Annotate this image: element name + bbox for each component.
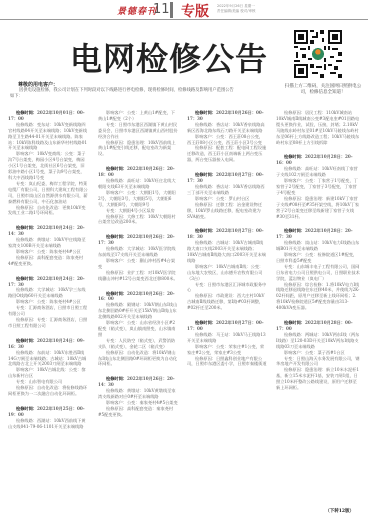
entry-customers-label: 影响客户：: [106, 190, 127, 195]
entry-dedicated-label: 专变：: [195, 282, 208, 287]
maintenance-entry: 检修时间：2022年10月24日：09-16：30检修线路：东前站：10kV东胜…: [8, 338, 88, 397]
page-title: 电网检修公告: [70, 34, 268, 80]
entry-time-label: 检修时间：: [16, 406, 37, 411]
entry-time-label: 检修时间：: [16, 338, 37, 343]
issue-meta: 2022年9月26日 星期一 责任编辑/美编 校对/审核: [217, 4, 255, 14]
entry-dedicated-label: 专变：: [106, 208, 119, 213]
entry-reason: 检修原因：隐患治理：新建10kV丁家营子支线#08杆至#35杆架空线，将10kV…: [276, 196, 360, 220]
entry-time: 检修时间：2022年10月28日：20-17：30: [276, 228, 360, 240]
entry-line: 检修线路：东前站：10kV东胜西Ⅱ线14G刀闸至末端线路；古城站：10kV古城北…: [8, 350, 88, 368]
entry-time: 检修时间：2022年10月27日：00-17：00: [187, 320, 267, 332]
entry-reason: 检修原因：配套工程：配电网工程设施迁移改造，西王莊小区南端新上两台变压器，两台变…: [187, 145, 267, 163]
entry-time-label: 检修时间：: [16, 276, 37, 281]
entry-time-label: 检修时间：: [284, 320, 305, 325]
entry-customers-label: 影响客户：: [16, 249, 37, 254]
entry-customers-label: 影响客户：: [16, 367, 37, 372]
page-number: 11: [153, 2, 170, 17]
entry-time-label: 检修时间：: [106, 166, 127, 171]
entry-line: 检修线路：高旺站：10kV旺庄北线大朝阳支线63开关至末端线路: [98, 178, 178, 190]
entry-customers-value: 公变：秦家尧村4#5台架变: [127, 400, 178, 405]
entry-customers-label: 影响客户：: [16, 151, 37, 156]
entry-line: 检修线路：古城站：10kV古城南Ⅱ线路大南口支线2003开关至末端线路；10kV…: [187, 240, 267, 264]
entry-line-label: 检修线路：: [284, 166, 305, 171]
entry-time-label: 检修时间：: [106, 376, 127, 381]
entry-reason: 检修原因：居民工程：110kV城南站10kV城南Ⅱ线城南公变#3配电室#01回路…: [276, 110, 360, 145]
entry-dedicated: 专变：人民防空（箱式变），武警消防支队（箱式变），金轮二区（箱式变）: [98, 338, 178, 350]
entry-customers-value: 公变：陈家尧村4#公区: [37, 249, 81, 254]
entry-reason: 检修原因：大修工程：10kV大朝阳村台架旁边改造200米。: [98, 214, 178, 226]
entry-reason-label: 检修原因：: [106, 350, 127, 355]
continued-notice: （下转12版）: [325, 508, 354, 514]
entry-reason: 检修原因：隐患治理：10kV西前线上黄山1#配变引线迁移，配电室改为新架设。: [98, 140, 178, 158]
entry-line: 检修线路：黄墩站：10kV黄墩线至家湾支线新路对应0#杆至末端线路: [98, 388, 178, 400]
entry-time-label: 检修时间：: [106, 234, 127, 239]
article-column: 影响客户：公变：上黄山1#配变，下黄山1#配变（2个）专变：日照市东港区西湖镇下…: [98, 110, 178, 427]
maintenance-entry: 检修时间：2022年10月28日：20-16：00检修线路：高旺站：10kV旺南…: [276, 154, 360, 219]
entry-customers-label: 影响客户：: [195, 264, 216, 269]
entry-time-label: 检修时间：: [284, 228, 305, 233]
entry-reason: 检修原因：高科配套变造：陈家尧村4#配变更换。: [8, 255, 88, 267]
entry-time: 检修时间：2022年10月26日：20-16：00: [98, 291, 178, 303]
maintenance-entry: 检修时间：2022年10月26日：00-17：30检修线路：香店站：10kV香泉…: [187, 110, 267, 163]
entry-line: 检修线路：岚山站：10kV电力Ⅰ线路山东城B01开关至末端线路: [276, 240, 360, 252]
entry-line-label: 检修线路：: [16, 418, 37, 423]
entry-reason: 检修原因：综合检修：1.将10kV电力Ⅰ线线路迁移退线路往东迁移40米，并使线为…: [276, 282, 360, 312]
entry-time: 检修时间：2022年10月26日：20-14：30: [98, 376, 178, 388]
entry-reason-label: 检修原因：: [106, 140, 127, 145]
entry-time-label: 检修时间：: [16, 225, 37, 230]
entry-reason-label: 检修原因：: [195, 202, 216, 207]
entry-reason: 检修原因：自动化改造：将10kV钢山东Ⅰ线山东北侧回路0#环网柜更换为自动化环网…: [98, 350, 178, 368]
entry-time: 检修时间：2022年10月24日：20-14：30: [8, 225, 88, 237]
entry-line: 检修线路：西湖站：10kV西前线下黄山支线041-79-06-1101开关至末端…: [8, 418, 88, 430]
entry-time: 检修时间：2022年10月28日：00-17：00: [276, 320, 360, 332]
entry-time: 检修时间：2022年10月27日：00-18：30: [187, 228, 267, 240]
entry-dedicated-label: 专变：: [16, 305, 29, 310]
entry-time: 检修时间：2022年10月26日：20-18：00: [98, 166, 178, 178]
entry-reason-label: 检修原因：: [284, 110, 305, 115]
entry-line-label: 检修线路：: [284, 332, 305, 337]
entry-line-label: 检修线路：: [195, 122, 216, 127]
entry-time-label: 检修时间：: [195, 172, 216, 177]
entry-time: 检修时间：2022年10月28日：20-16：00: [276, 154, 360, 166]
entry-time: 检修时间：2022年10月26日：20-17：30: [98, 234, 178, 246]
maintenance-entry: 检修时间：2022年10月27日：00-17：00检修线路：马王站：10kV马王…: [187, 320, 267, 367]
maintenance-entry: 检修原因：居民工程：110kV城南站10kV城南Ⅱ线城南公变#3配电室#01回路…: [276, 110, 360, 145]
entry-reason-label: 检修原因：: [106, 270, 127, 275]
entry-time-label: 检修时间：: [16, 110, 37, 115]
greeting: 尊敬的用电客户：: [18, 81, 58, 88]
entry-reason: 检修原因：迁移工程：冶金建设物迁移，10kV罗山线路迁移，配电室改建为SVA箱变…: [187, 202, 267, 220]
maintenance-entry: 检修时间：2022年10月28日：00-17：00检修线路：两城站：10kV两东…: [276, 320, 360, 391]
maintenance-entry: 影响客户：公变：上黄山1#配变，下黄山1#配变（2个）专变：日照市东港区西湖镇下…: [98, 110, 178, 157]
entry-customers-label: 影响客户：: [195, 196, 216, 201]
entry-line: 检修线路：大学城站：10kV医学院线东前线至17支线开关至末端线路: [98, 246, 178, 258]
section-name: 专版: [181, 1, 209, 21]
entry-line: 检修线路：大学城站：10kV学三东线路回O线路60开关至末端线路: [8, 287, 88, 299]
entry-reason: 检修原因：专变：汇源商务酒店，日照市日照工程有限公司: [8, 317, 88, 329]
entry-line-label: 检修线路：: [195, 332, 216, 337]
entry-time-label: 检修时间：: [195, 110, 216, 115]
entry-customers-label: 影响客户：: [195, 134, 216, 139]
entry-line-label: 检修线路：: [195, 240, 216, 245]
masthead: 景德春刊 11 专版 2022年9月26日 星期一 责任编辑/美编 校对/审核: [0, 0, 368, 20]
entry-reason: 检修原因：业扩工程：对10kV医学院线蒯山冲村#12号台架变西北迁移800米。: [98, 270, 178, 282]
entry-time: 检修时间：2022年10月24日：09-16：30: [8, 338, 88, 350]
entry-customers: 影响客户：10kV古城北线：公变：黎山东新村台区: [8, 367, 88, 379]
maintenance-entry: 检修时间：2022年10月26日：20-17：30检修线路：大学城站：10kV医…: [98, 234, 178, 281]
intro-paragraph: 因供电设施检修，我公司计划在下列时段对以下线路进行停电检修，现将检修时间、检修线…: [10, 88, 235, 100]
paper-name: 景德春刊: [117, 4, 157, 17]
maintenance-entry: 检修时间：2022年10月24日：20-17：30检修线路：大学城站：10kV学…: [8, 276, 88, 329]
entry-reason-label: 检修原因：: [16, 255, 37, 260]
maintenance-entry: 检修时间：2022年10月24日：20-14：30检修线路：黄墩站：10kV甲庄…: [8, 225, 88, 266]
qr-code-icon: [292, 28, 344, 80]
article-column: 检修原因：居民工程：110kV城南站10kV城南Ⅱ线城南公变#3配电室#01回路…: [276, 110, 360, 400]
entry-line-label: 检修线路：: [106, 246, 127, 251]
maintenance-entry: 检修时间：2022年10月26日：20-18：00检修线路：高旺站：10kV旺庄…: [98, 166, 178, 225]
entry-dedicated-label: 专变：: [106, 338, 119, 343]
issue-editors: 责任编辑/美编 校对/审核: [217, 9, 255, 14]
article-column: 检修时间：2022年10月01日：00-17：00检修线路：变东站：10kV变新…: [8, 110, 88, 439]
entry-dedicated: 专变：山东城丰电子工程有限公司，国网日东省电力公司日照供电公司，日照职业技术学院…: [276, 264, 360, 282]
entry-line-label: 检修线路：: [106, 178, 127, 183]
entry-reason: 检修原因：市政建设：西大庄村10kV古城南Ⅱ线线路迁移，第Ⅰ路#03杆调整，#0…: [187, 293, 267, 311]
entry-time: 检修时间：2022年10月26日：00-17：30: [187, 110, 267, 122]
masthead-divider: [170, 2, 173, 18]
entry-dedicated: 专变：岚山纪委，梅岸工程学院，特莱电缆厂有限公司，日照科大建筑工程有限公司，日照…: [8, 181, 88, 205]
entry-line-label: 检修线路：: [16, 122, 37, 127]
entry-time-label: 检修时间：: [195, 320, 216, 325]
entry-customers: 影响客户：公变：西王莊08台公变，西王莊08小区公变，西王莊小区3号公变: [187, 134, 267, 146]
entry-customers: 影响客户：公变：检修院道区1#配变，日照市科委5#配变: [276, 252, 360, 264]
entry-reason-label: 检修原因：: [16, 317, 37, 322]
entry-reason-value: 居民工程：110kV城南站10kV城南Ⅱ线城南公变#3配电室#01回路电缆头更换…: [276, 110, 359, 145]
entry-line: 检修线路：两城站：10kV两东Ⅰ线（两东Ⅰ线路）至120-03D开关至10kV两…: [276, 332, 360, 350]
entry-time: 检修时间：2022年10月01日：00-17：00: [8, 110, 88, 122]
entry-customers: 影响客户：公变：蒯山冲村西#4台架变: [98, 258, 178, 270]
entry-time: 检修时间：2022年10月27日：00-17：30: [187, 172, 267, 184]
entry-customers: 影响客户：10kV古城南Ⅱ线：公变：山东地大农牧区，山东德升农牧有限公司（3台）: [187, 264, 267, 282]
entry-reason: 检修原因：日照鑫科创业地产有限公司，日照市东港区委小学，日照市秦楼街道: [187, 356, 267, 368]
entry-reason: 检修原因：隐患治理：新立10米水泥杆1基，新立15米水泥杆1基，安装刀闸1组，日…: [276, 367, 360, 391]
entry-line-label: 检修线路：: [106, 302, 127, 307]
maintenance-entry: 检修时间：2022年10月26日：20-16：00检修线路：殿钢站：10kV钢山…: [98, 291, 178, 368]
entry-line-label: 检修线路：: [195, 184, 216, 189]
entry-reason-label: 检修原因：: [284, 196, 305, 201]
entry-dedicated-label: 专变：: [284, 356, 297, 361]
entry-customers-label: 影响客户：: [284, 178, 305, 183]
entry-dedicated: 专变：汇源商务酒店，日照市日照工程有限公司: [8, 305, 88, 317]
entry-customers-label: 影响客户：: [284, 252, 305, 257]
entry-reason-label: 检修原因：: [284, 282, 305, 287]
entry-line-label: 检修线路：: [16, 350, 37, 355]
maintenance-entry: 检修时间：2022年10月27日：00-18：30检修线路：古城站：10kV古城…: [187, 228, 267, 311]
entry-reason-label: 检修原因：: [16, 205, 37, 210]
entry-dedicated-label: 专变：: [284, 264, 297, 269]
entry-customers-value: 公变：陈家尧村4#公区: [37, 299, 81, 304]
entry-line: 检修线路：殿钢站：10kV钢山东Ⅰ线山东北侧回路0#杆开关至15kV钢山Ⅱ线山东…: [98, 302, 178, 320]
entry-reason: 检修原因：高科配套变造：秦家尧村#5配变更换。: [98, 406, 178, 418]
entry-dedicated-label: 专变：: [16, 181, 29, 186]
entry-customers: 影响客户：公变：上黄山1#配变，下黄山1#配变（2个）: [98, 110, 178, 122]
maintenance-entry: 检修时间：2022年10月26日：20-14：30检修线路：黄墩站：10kV黄墩…: [98, 376, 178, 417]
entry-line: 检修线路：香店站：10kV香店线路西三丁部开关至末端线路: [187, 184, 267, 196]
entry-line: 检修线路：变东站：10kV变新线路四官村线路04开关至末端线路；10kV变新线路…: [8, 122, 88, 152]
entry-customers: 影响客户：公变：丁家营子1号配变，丁家营子2号配变，丁家营子3号配变，丁家营子4…: [276, 178, 360, 196]
entry-line: 检修线路：黄墩站：10kV甲庄线路至家湾支100B开关至末端线路: [8, 237, 88, 249]
entry-customers-label: 影响客户：: [106, 400, 127, 405]
entry-reason-label: 检修原因：: [284, 367, 305, 372]
qr-code: [292, 28, 344, 80]
entry-reason: 检修原因：自动化改造：将检修线路环网柜更换为一二次融合自动化环网柜。: [8, 385, 88, 397]
entry-reason-label: 检修原因：: [195, 293, 216, 298]
entry-customers: 影响客户：公变：荣家庄#1公变，荣家庄#2公变，荣家庄#3公变: [187, 344, 267, 356]
entry-dedicated: 专变：日照市东港区汇泽城市政服务中心: [187, 282, 267, 294]
article-column: 检修时间：2022年10月26日：00-17：30检修线路：香店站：10kV香泉…: [187, 110, 267, 376]
entry-customers: 影响客户：10kV变商线：公变：菜子沟7号台架变，梅园小区4号台架变，梅园小区1…: [8, 151, 88, 181]
entry-time-label: 检修时间：: [106, 291, 127, 296]
maintenance-entry: 检修时间：2022年10月01日：00-17：00检修线路：变东站：10kV变新…: [8, 110, 88, 216]
entry-time-label: 检修时间：: [195, 228, 216, 233]
entry-reason-label: 检修原因：: [195, 356, 216, 361]
entry-reason-label: 检修原因：: [106, 406, 127, 411]
entry-reason: 检修原因：自动化改造：更换10kV变发线工业二路1号环网柜。: [8, 205, 88, 217]
entry-line: 检修线路：高旺站：10kV旺南线丁家营子支线102刀闸至末端线路: [276, 166, 360, 178]
entry-dedicated: 专变：日照山海天水务发展有限公司，钢华房地产开发有限公司: [276, 356, 360, 368]
entry-customers-label: 影响客户：: [284, 350, 305, 355]
entry-dedicated-label: 专变：: [16, 379, 29, 384]
entry-time-label: 检修时间：: [284, 154, 305, 159]
entry-line: 检修线路：马王站：10kV马王线路13开关至末端线路: [187, 332, 267, 344]
maintenance-entry: 检修时间：2022年10月25日：00-19：00检修线路：西湖站：10kV西前…: [8, 406, 88, 430]
maintenance-entry: 检修时间：2022年10月28日：20-17：30检修线路：岚山站：10kV电力…: [276, 228, 360, 311]
entry-customers-value: 公变：菜子西#1台区: [305, 350, 345, 355]
entry-line-label: 检修线路：: [16, 287, 37, 292]
entry-customers-label: 影响客户：: [16, 299, 37, 304]
qr-caption: 扫描上方二维码，关注国网日照供电公司，检修信息全知道！: [283, 84, 363, 96]
entry-customers-label: 影响客户：: [106, 258, 127, 263]
entry-customers-label: 影响客户：: [195, 344, 216, 349]
entry-customers-value: 公变：罗山村台区: [216, 196, 250, 201]
entry-reason-label: 检修原因：: [195, 145, 216, 150]
entry-line-label: 检修线路：: [106, 388, 127, 393]
entry-dedicated-value: 山东智电有限公司: [29, 379, 63, 384]
entry-line-label: 检修线路：: [284, 240, 305, 245]
entry-dedicated-value: 大朝阳4号小区泵房: [119, 208, 155, 213]
entry-reason-label: 检修原因：: [16, 385, 37, 390]
entry-dedicated-label: 专变：: [106, 122, 119, 127]
entry-reason-label: 检修原因：: [106, 214, 127, 219]
entry-time: 检修时间：2022年10月25日：00-19：00: [8, 406, 88, 418]
entry-time: 检修时间：2022年10月24日：20-17：30: [8, 276, 88, 288]
entry-line-label: 检修线路：: [16, 237, 37, 242]
entry-customers: 影响客户：公变：山东省经济小区#2配变（箱式变），岚山镇南照变，山水镇南照: [98, 320, 178, 338]
entry-dedicated: 专变：日照市东港区西湖镇下黄山村民委员会，日照市东港区西湖镇黄山西村股份经济合作…: [98, 122, 178, 140]
entry-customers: 影响客户：公变：大朝阳1号，大朝阳2号，大朝阳3号，大朝阳5号，大朝阳6号，大朝…: [98, 190, 178, 208]
entry-customers-label: 影响客户：: [106, 320, 127, 325]
entry-line: 检修线路：香店站：10kV香泉线路高新区西海北路东线石刀路开关至末端线路: [187, 122, 267, 134]
entry-customers-label: 影响客户：: [106, 110, 127, 115]
maintenance-entry: 检修时间：2022年10月27日：00-17：30检修线路：香店站：10kV香店…: [187, 172, 267, 219]
